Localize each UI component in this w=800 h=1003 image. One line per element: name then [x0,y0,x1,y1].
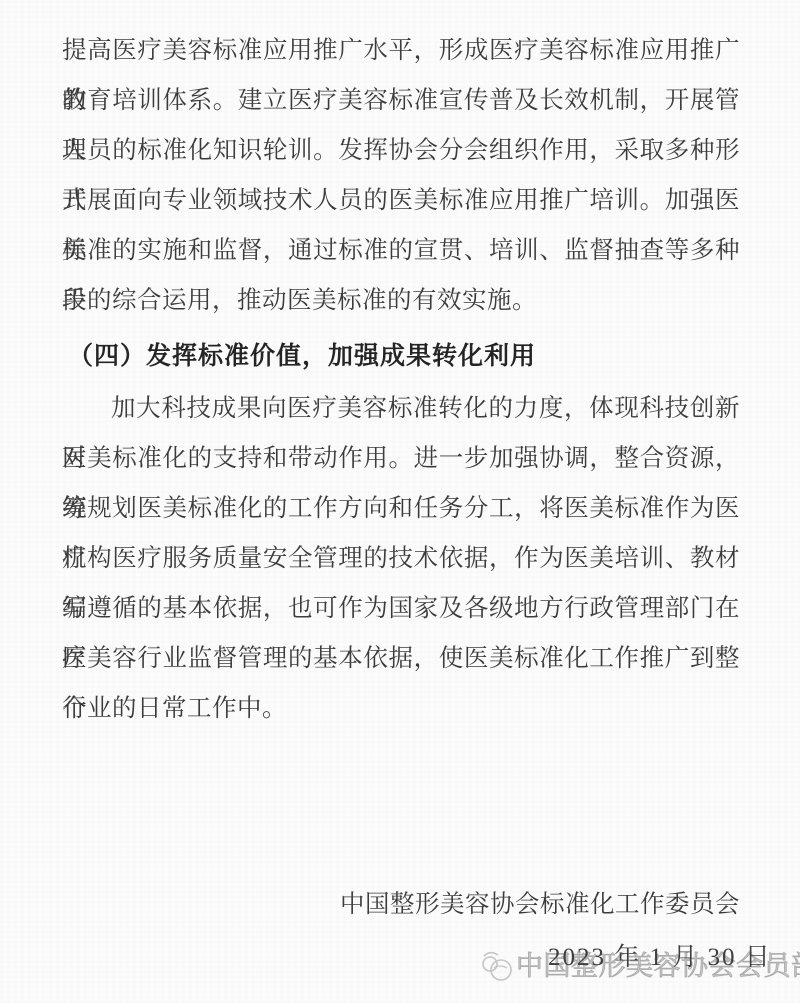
text-line: 加大科技成果向医疗美容标准转化的力度，体现科技创新对 [62,384,740,434]
association-logo-icon [480,946,514,986]
text-line: 人员的标准化知识轮训。发挥协会分会组织作用，采取多种形式 [62,126,740,176]
text-line: 医美标准化的支持和带动作用。进一步加强协调，整合资源，统 [62,434,740,484]
text-line: 行业的日常工作中。 [62,684,740,734]
text-line: 段的综合运用，推动医美标准的有效实施。 [62,276,740,326]
document-content: 提高医疗美容标准应用推广水平，形成医疗美容标准应用推广的教育培训体系。建立医疗美… [62,26,740,734]
paragraph-1: 提高医疗美容标准应用推广水平，形成医疗美容标准应用推广的教育培训体系。建立医疗美… [62,26,740,326]
paragraph-2: 加大科技成果向医疗美容标准转化的力度，体现科技创新对医美标准化的支持和带动作用。… [62,384,740,734]
text-line: 教育培训体系。建立医疗美容标准宣传普及长效机制，开展管理 [62,76,740,126]
text-line: 机构医疗服务质量安全管理的技术依据，作为医美培训、教材编 [62,534,740,584]
text-line: 写遵循的基本依据，也可作为国家及各级地方行政管理部门在医 [62,584,740,634]
section-heading: （四）发挥标准价值，加强成果转化利用 [68,332,740,382]
text-line: 提高医疗美容标准应用推广水平，形成医疗美容标准应用推广的 [62,26,740,76]
scanned-document-page: 提高医疗美容标准应用推广水平，形成医疗美容标准应用推广的教育培训体系。建立医疗美… [0,0,800,1003]
text-line: 筹规划医美标准化的工作方向和任务分工，将医美标准作为医疗 [62,484,740,534]
date-line: 2023 年 1 月 30 日 [548,938,772,978]
text-line: 疗美容行业监督管理的基本依据，使医美标准化工作推广到整个 [62,634,740,684]
text-line: 标准的实施和监督，通过标准的宣贯、培训、监督抽查等多种手 [62,226,740,276]
signature-line: 中国整形美容协会标准化工作委员会 [62,885,740,925]
text-line: 开展面向专业领域技术人员的医美标准应用推广培训。加强医美 [62,176,740,226]
